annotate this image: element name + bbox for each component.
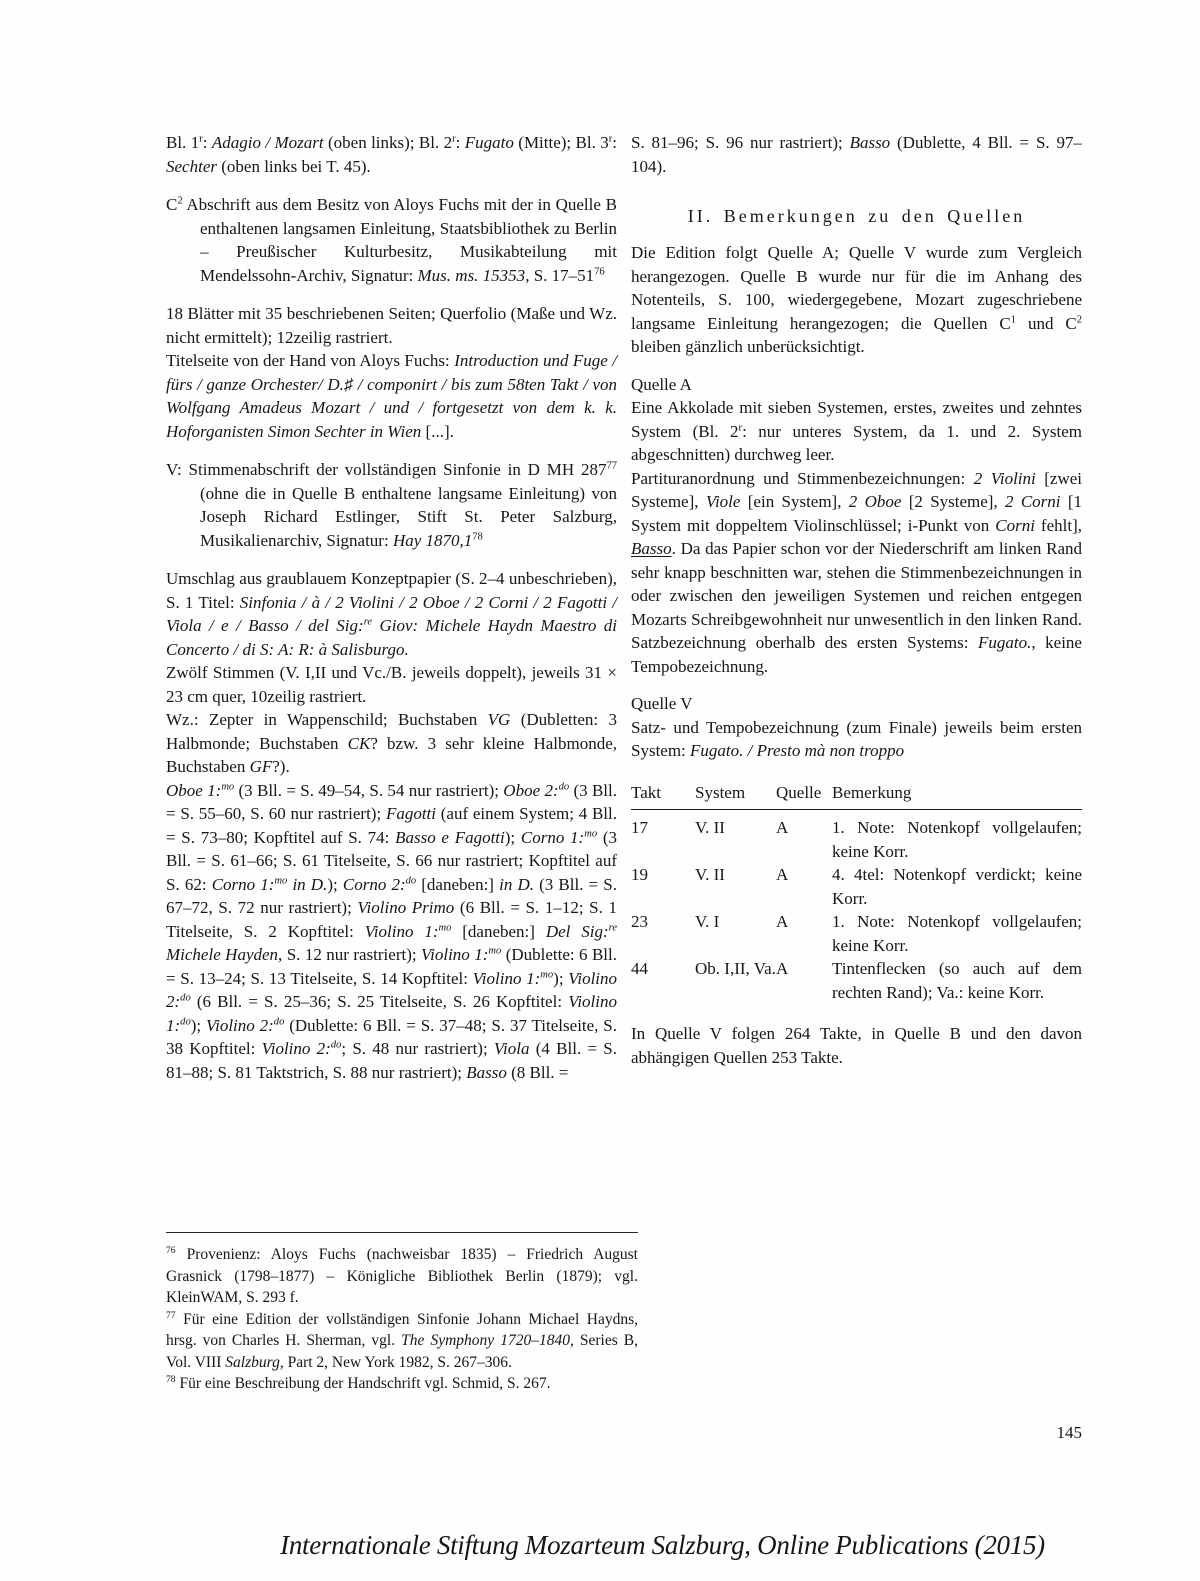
footnote-77: 77 Für eine Edition der vollständigen Si… xyxy=(166,1309,638,1374)
paragraph-source-c2: C2 Abschrift aus dem Besitz von Aloys Fu… xyxy=(166,193,617,287)
paragraph-parts-detail: Oboe 1:mo (3 Bll. = S. 49–54, S. 54 nur … xyxy=(166,779,617,1085)
source-a-heading: Quelle A xyxy=(631,373,1082,397)
cell-system: V. II xyxy=(695,863,776,910)
document-page: Bl. 1r: Adagio / Mozart (oben links); Bl… xyxy=(0,0,1200,1581)
remarks-table: Takt System Quelle Bemerkung 17 V. II A … xyxy=(631,781,1082,1005)
table-row-takt-23: 23 V. I A 1. Note: Notenkopf vollgelaufe… xyxy=(631,910,1082,957)
col-header-takt: Takt xyxy=(631,781,695,810)
paragraph-quelle-a-layout: Partituranordnung und Stimmenbezeichnung… xyxy=(631,467,1082,679)
paragraph-parts-overview: Zwölf Stimmen (V. I,II und Vc./B. jeweil… xyxy=(166,661,617,708)
paragraph-folio-annotations: Bl. 1r: Adagio / Mozart (oben links); Bl… xyxy=(166,131,617,178)
cell-bemerkung: 1. Note: Notenkopf vollgelaufen; keine K… xyxy=(832,910,1082,957)
paragraph-quelle-v: Satz- und Tempobezeichnung (zum Finale) … xyxy=(631,716,1082,763)
paragraph-title-page: Titelseite von der Hand von Aloys Fuchs:… xyxy=(166,349,617,443)
footer-credit: Internationale Stiftung Mozarteum Salzbu… xyxy=(140,1529,1185,1561)
col-header-system: System xyxy=(695,781,776,810)
source-v-heading: Quelle V xyxy=(631,692,1082,716)
cell-quelle: A xyxy=(776,910,832,957)
col-header-bemerkung: Bemerkung xyxy=(832,781,1082,810)
cell-quelle: A xyxy=(776,957,832,1004)
table-row-takt-17: 17 V. II A 1. Note: Notenkopf vollgelauf… xyxy=(631,810,1082,864)
page-number: 145 xyxy=(166,1422,1082,1444)
footnote-separator xyxy=(166,1232,638,1233)
paragraph-watermark: Wz.: Zepter in Wappenschild; Buchstaben … xyxy=(166,708,617,779)
cell-system: Ob. I,II, Va. xyxy=(695,957,776,1004)
cell-bemerkung: Tintenflecken (so auch auf dem rechten R… xyxy=(832,957,1082,1004)
paragraph-source-v: V: Stimmenabschrift der vollständigen Si… xyxy=(166,458,617,552)
cell-takt: 17 xyxy=(631,810,695,864)
cell-quelle: A xyxy=(776,863,832,910)
paragraph-quelle-a-accolade: Eine Akkolade mit sieben Systemen, erste… xyxy=(631,396,1082,467)
col-header-quelle: Quelle xyxy=(776,781,832,810)
right-column: S. 81–96; S. 96 nur rastriert); Basso (D… xyxy=(631,131,1082,1229)
cell-takt: 23 xyxy=(631,910,695,957)
paragraph-wrapper-title: Umschlag aus graublauem Konzeptpapier (S… xyxy=(166,567,617,661)
table-row-takt-19: 19 V. II A 4. 4tel: Notenkopf verdickt; … xyxy=(631,863,1082,910)
section-heading: II. Bemerkungen zu den Quellen xyxy=(631,204,1082,228)
text-columns: Bl. 1r: Adagio / Mozart (oben links); Bl… xyxy=(166,131,1082,1229)
paragraph-edition-note: Die Edition folgt Quelle A; Quelle V wur… xyxy=(631,241,1082,359)
left-column: Bl. 1r: Adagio / Mozart (oben links); Bl… xyxy=(166,131,617,1229)
footnote-76: 76 Provenienz: Aloys Fuchs (nachweisbar … xyxy=(166,1244,638,1309)
cell-quelle: A xyxy=(776,810,832,864)
cell-takt: 44 xyxy=(631,957,695,1004)
cell-system: V. I xyxy=(695,910,776,957)
footnote-78: 78 Für eine Beschreibung der Handschrift… xyxy=(166,1373,638,1395)
cell-system: V. II xyxy=(695,810,776,864)
table-header-row: Takt System Quelle Bemerkung xyxy=(631,781,1082,810)
cell-bemerkung: 1. Note: Notenkopf vollgelaufen; keine K… xyxy=(832,810,1082,864)
paragraph-basso-continuation: S. 81–96; S. 96 nur rastriert); Basso (D… xyxy=(631,131,1082,178)
paragraph-takte-summary: In Quelle V folgen 264 Takte, in Quelle … xyxy=(631,1022,1082,1069)
cell-bemerkung: 4. 4tel: Notenkopf verdickt; keine Korr. xyxy=(832,863,1082,910)
footnotes-block: 76 Provenienz: Aloys Fuchs (nachweisbar … xyxy=(166,1232,638,1395)
table-row-takt-44: 44 Ob. I,II, Va. A Tintenflecken (so auc… xyxy=(631,957,1082,1004)
paragraph-leaves-description: 18 Blätter mit 35 beschriebenen Seiten; … xyxy=(166,302,617,349)
cell-takt: 19 xyxy=(631,863,695,910)
